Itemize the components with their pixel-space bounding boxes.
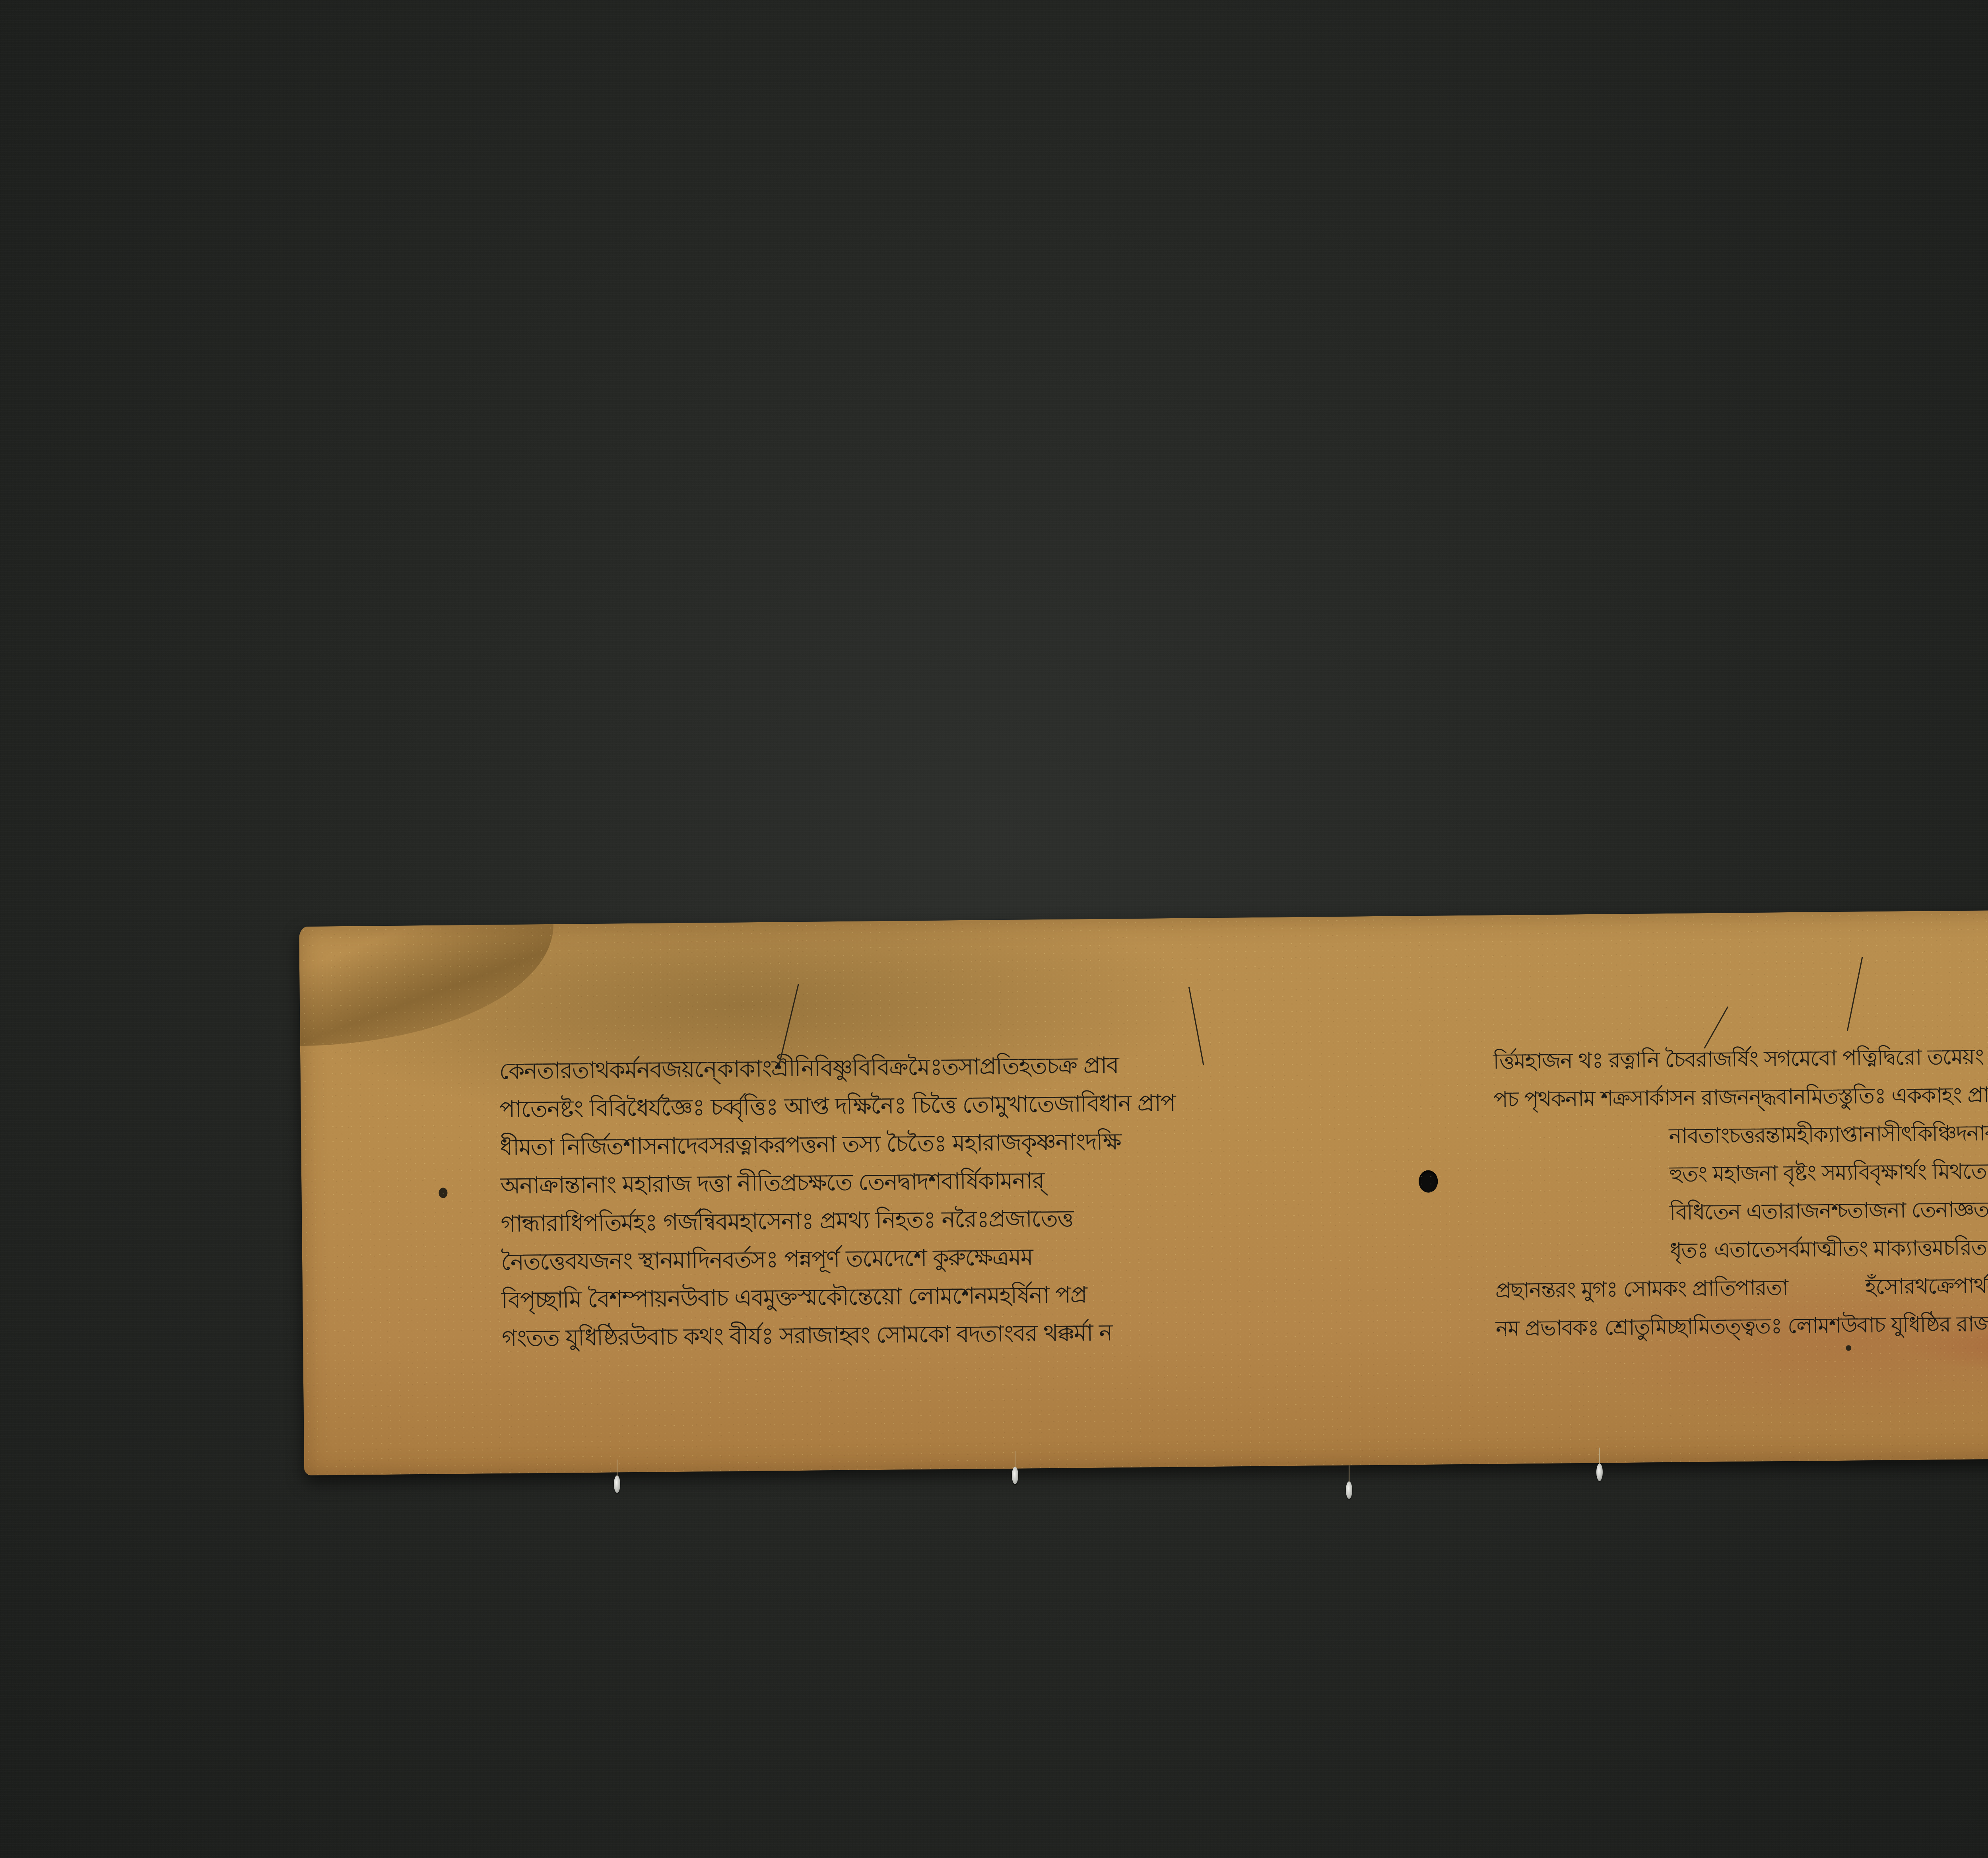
text-line: গান্ধারাধিপতির্মহঃ গর্জন্বিবমহাসেনাঃ প্র… [501,1198,1176,1243]
text-line: গংতত যুধিষ্ঠিরউবাচ কথং বীর্যঃ সরাজাহ্বং … [501,1313,1177,1357]
text-line: নম প্রভাবকঃ শ্রোতুমিচ্ছামিতত্ত্বতঃ লোমশউ… [1495,1303,1988,1348]
pen-stroke [1188,987,1204,1065]
pen-stroke [1847,957,1863,1031]
text-line: প্রছানন্তরং মুগঃ সোমকং প্রাতিপারতা [1495,1269,1788,1310]
text-line: নৈতত্তেবযজনং স্থানমাদিনবর্তসঃ পন্নপূর্ণ … [501,1236,1177,1281]
mounting-pin [1012,1467,1018,1484]
ink-dot [439,1187,447,1198]
text-line: হঁসোরথক্রেপার্থনামাক্যাক্রপাখ্যানং গ [1865,1265,1988,1306]
text-line: ধীমতা নির্জিতশাসনাদেবসরত্নাকরপত্তনা তস্য… [500,1122,1176,1166]
text-line: পাতেনষ্টং বিবিধৈর্যজ্ঞৈঃ চর্ব্বৃত্তিঃ আপ… [499,1084,1175,1128]
text-line: র্ত্তিমহাজন থঃ রত্নানি চৈবরাজর্ষিং সগমেব… [1493,1035,1988,1081]
text-line: বিপৃচ্ছামি বৈশম্পায়নউবাচ এবমুক্তস্মকৌন্… [501,1275,1177,1319]
text-line: ধৃতঃ এতাতেসর্বমাত্মীতং মাক্যাত্তমচরিতং ম… [1670,1226,1988,1270]
mounting-pin [1596,1463,1603,1481]
water-stain [299,924,555,1046]
mounting-pin [614,1475,620,1493]
right-text-column: র্ত্তিমহাজন থঃ রত্নানি চৈবরাজর্ষিং সগমেব… [1668,1035,1988,1270]
ink-dot [1846,1345,1851,1351]
text-line: অনাক্রান্তানাং মহারাজ দত্তা নীতিপ্রচক্ষত… [500,1160,1176,1205]
bottom-text-red-section: হঁসোরথক্রেপার্থনামাক্যাক্রপাখ্যানং গ [1865,1265,1988,1306]
mounting-pin [1346,1481,1352,1499]
bottom-text-right: প্রছানন্তরং মুগঃ সোমকং প্রাতিপারতা [1495,1269,1788,1310]
text-line: বিধিতেন এতারাজনশ্চতাজনা তেনাজ্ঞতপমানো কা… [1670,1188,1988,1232]
text-line: হুতং মহাজনা বৃষ্টং সম্যবিবৃক্ষার্থং মিথত… [1669,1150,1988,1193]
text-line: নাবতাংচত্তরন্তামহীক্যাপ্তানাসীৎকিঞ্চিদনা… [1669,1112,1988,1155]
binding-string-hole [1419,1170,1438,1193]
manuscript-leaf: কেনতারতাথকর্মনবজয়ন্কোকাংশ্রীনিবিষ্ণুবিব… [299,905,1988,1475]
left-text-column: কেনতারতাথকর্মনবজয়ন্কোকাংশ্রীনিবিষ্ণুবিব… [499,1046,1178,1357]
text-line: পচ পৃথকনাম শক্রসার্কাসন রাজনন্দ্ধবানমিতস… [1493,1073,1988,1119]
bottom-text-final: নম প্রভাবকঃ শ্রোতুমিচ্ছামিতত্ত্বতঃ লোমশউ… [1495,1303,1988,1348]
text-line: কেনতারতাথকর্মনবজয়ন্কোকাংশ্রীনিবিষ্ণুবিব… [499,1046,1175,1090]
